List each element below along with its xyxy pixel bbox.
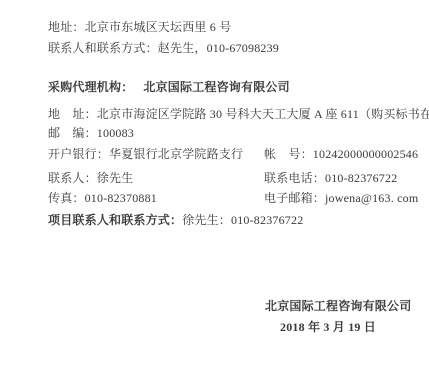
agency-address-line: 地 址：北京市海淀区学院路 30 号科大天工大厦 A 座 611（购买标书在 6… (48, 106, 429, 122)
agency-fax-line: 传真：010-82370881 (48, 190, 157, 206)
project-contact-value: 徐先生：010-82376722 (182, 213, 303, 227)
project-contact-line: 项目联系人和联系方式：徐先生：010-82376722 (48, 212, 303, 228)
agency-email-line: 电子邮箱：jowena@163. com (264, 190, 418, 206)
agency-bank-line: 开户银行：华夏银行北京学院路支行 (48, 146, 243, 162)
signature-date: 2018 年 3 月 19 日 (280, 319, 376, 335)
document-page: 地址：北京市东城区天坛西里 6 号 联系人和联系方式：赵先生，010-67098… (0, 0, 429, 385)
purchaser-address-line: 地址：北京市东城区天坛西里 6 号 (48, 19, 231, 35)
agency-contact-person-line: 联系人：徐先生 (48, 170, 133, 186)
signature-company: 北京国际工程咨询有限公司 (265, 298, 411, 314)
project-contact-label: 项目联系人和联系方式： (48, 213, 182, 227)
agency-postcode-line: 邮 编：100083 (48, 125, 134, 141)
agency-heading-value: 北京国际工程咨询有限公司 (143, 80, 289, 94)
purchaser-contact-line: 联系人和联系方式：赵先生，010-67098239 (48, 40, 279, 56)
agency-account-line: 帐 号：10242000000002546 (264, 146, 418, 162)
agency-heading-line: 采购代理机构：北京国际工程咨询有限公司 (48, 79, 290, 95)
agency-phone-line: 联系电话：010-82376722 (264, 170, 397, 186)
agency-heading-label: 采购代理机构： (48, 80, 133, 94)
